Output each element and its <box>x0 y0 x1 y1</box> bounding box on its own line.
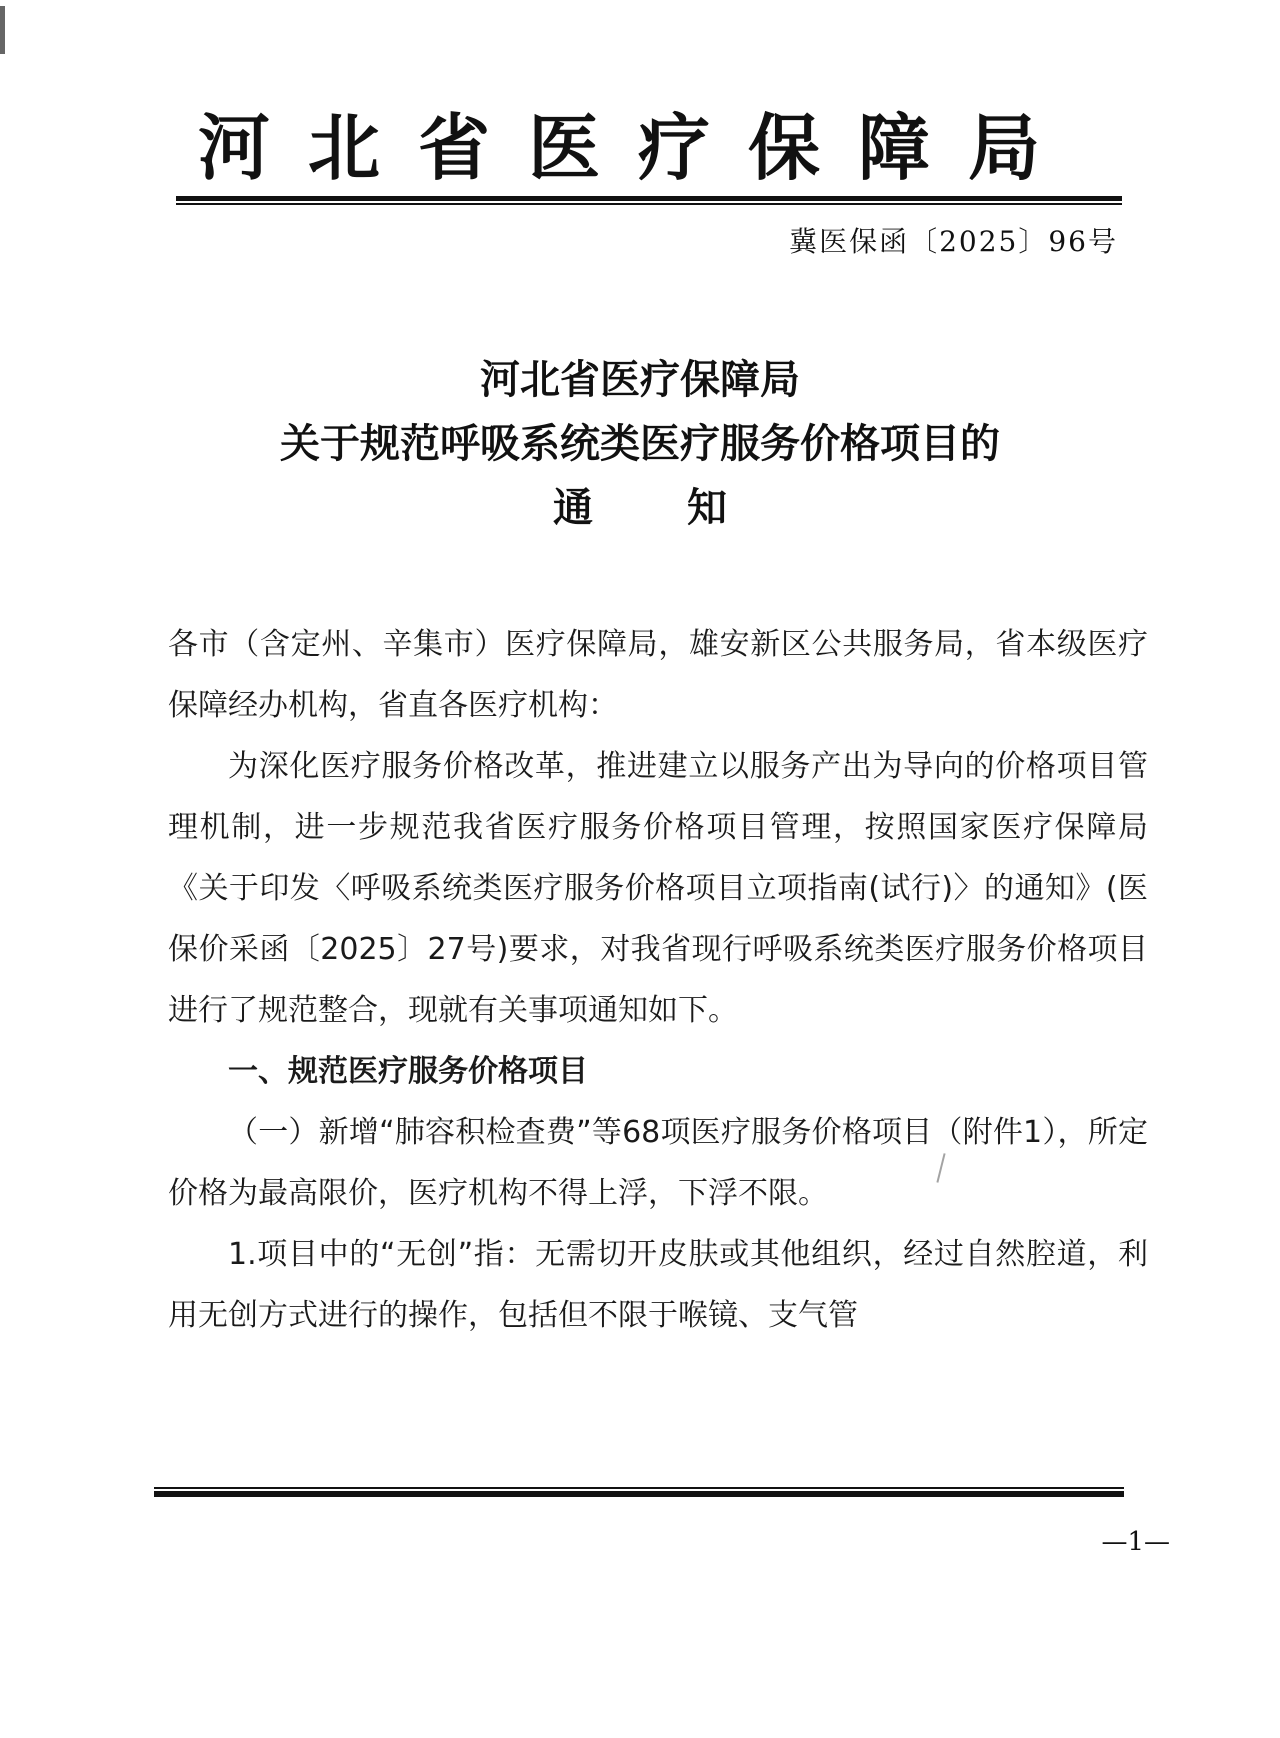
masthead-divider <box>176 196 1122 205</box>
document-title: 河北省医疗保障局 关于规范呼吸系统类医疗服务价格项目的 通 知 <box>140 348 1140 540</box>
title-line-notice: 通 知 <box>140 476 1140 540</box>
document-body: 各市（含定州、辛集市）医疗保障局，雄安新区公共服务局，省本级医疗保障经办机构，省… <box>168 614 1148 1346</box>
recipients-paragraph: 各市（含定州、辛集市）医疗保障局，雄安新区公共服务局，省本级医疗保障经办机构，省… <box>168 614 1148 736</box>
page-number: —1— <box>1101 1522 1170 1562</box>
document-number: 冀医保函〔2025〕96号 <box>789 222 1118 262</box>
intro-paragraph: 为深化医疗服务价格改革，推进建立以服务产出为导向的价格项目管理机制，进一步规范我… <box>168 736 1148 1041</box>
scanned-page-edge <box>0 6 5 54</box>
title-line-subject: 关于规范呼吸系统类医疗服务价格项目的 <box>140 412 1140 476</box>
section-heading-1: 一、规范医疗服务价格项目 <box>168 1041 1148 1102</box>
section-1-item-1: （一）新增“肺容积检查费”等68项医疗服务价格项目（附件1），所定价格为最高限价… <box>168 1102 1148 1224</box>
title-line-agency: 河北省医疗保障局 <box>140 348 1140 412</box>
footer-divider <box>154 1487 1124 1497</box>
section-1-item-1-point-1: 1.项目中的“无创”指：无需切开皮肤或其他组织，经过自然腔道，利用无创方式进行的… <box>168 1224 1148 1346</box>
agency-masthead: 河北省医疗保障局 <box>178 100 1098 196</box>
